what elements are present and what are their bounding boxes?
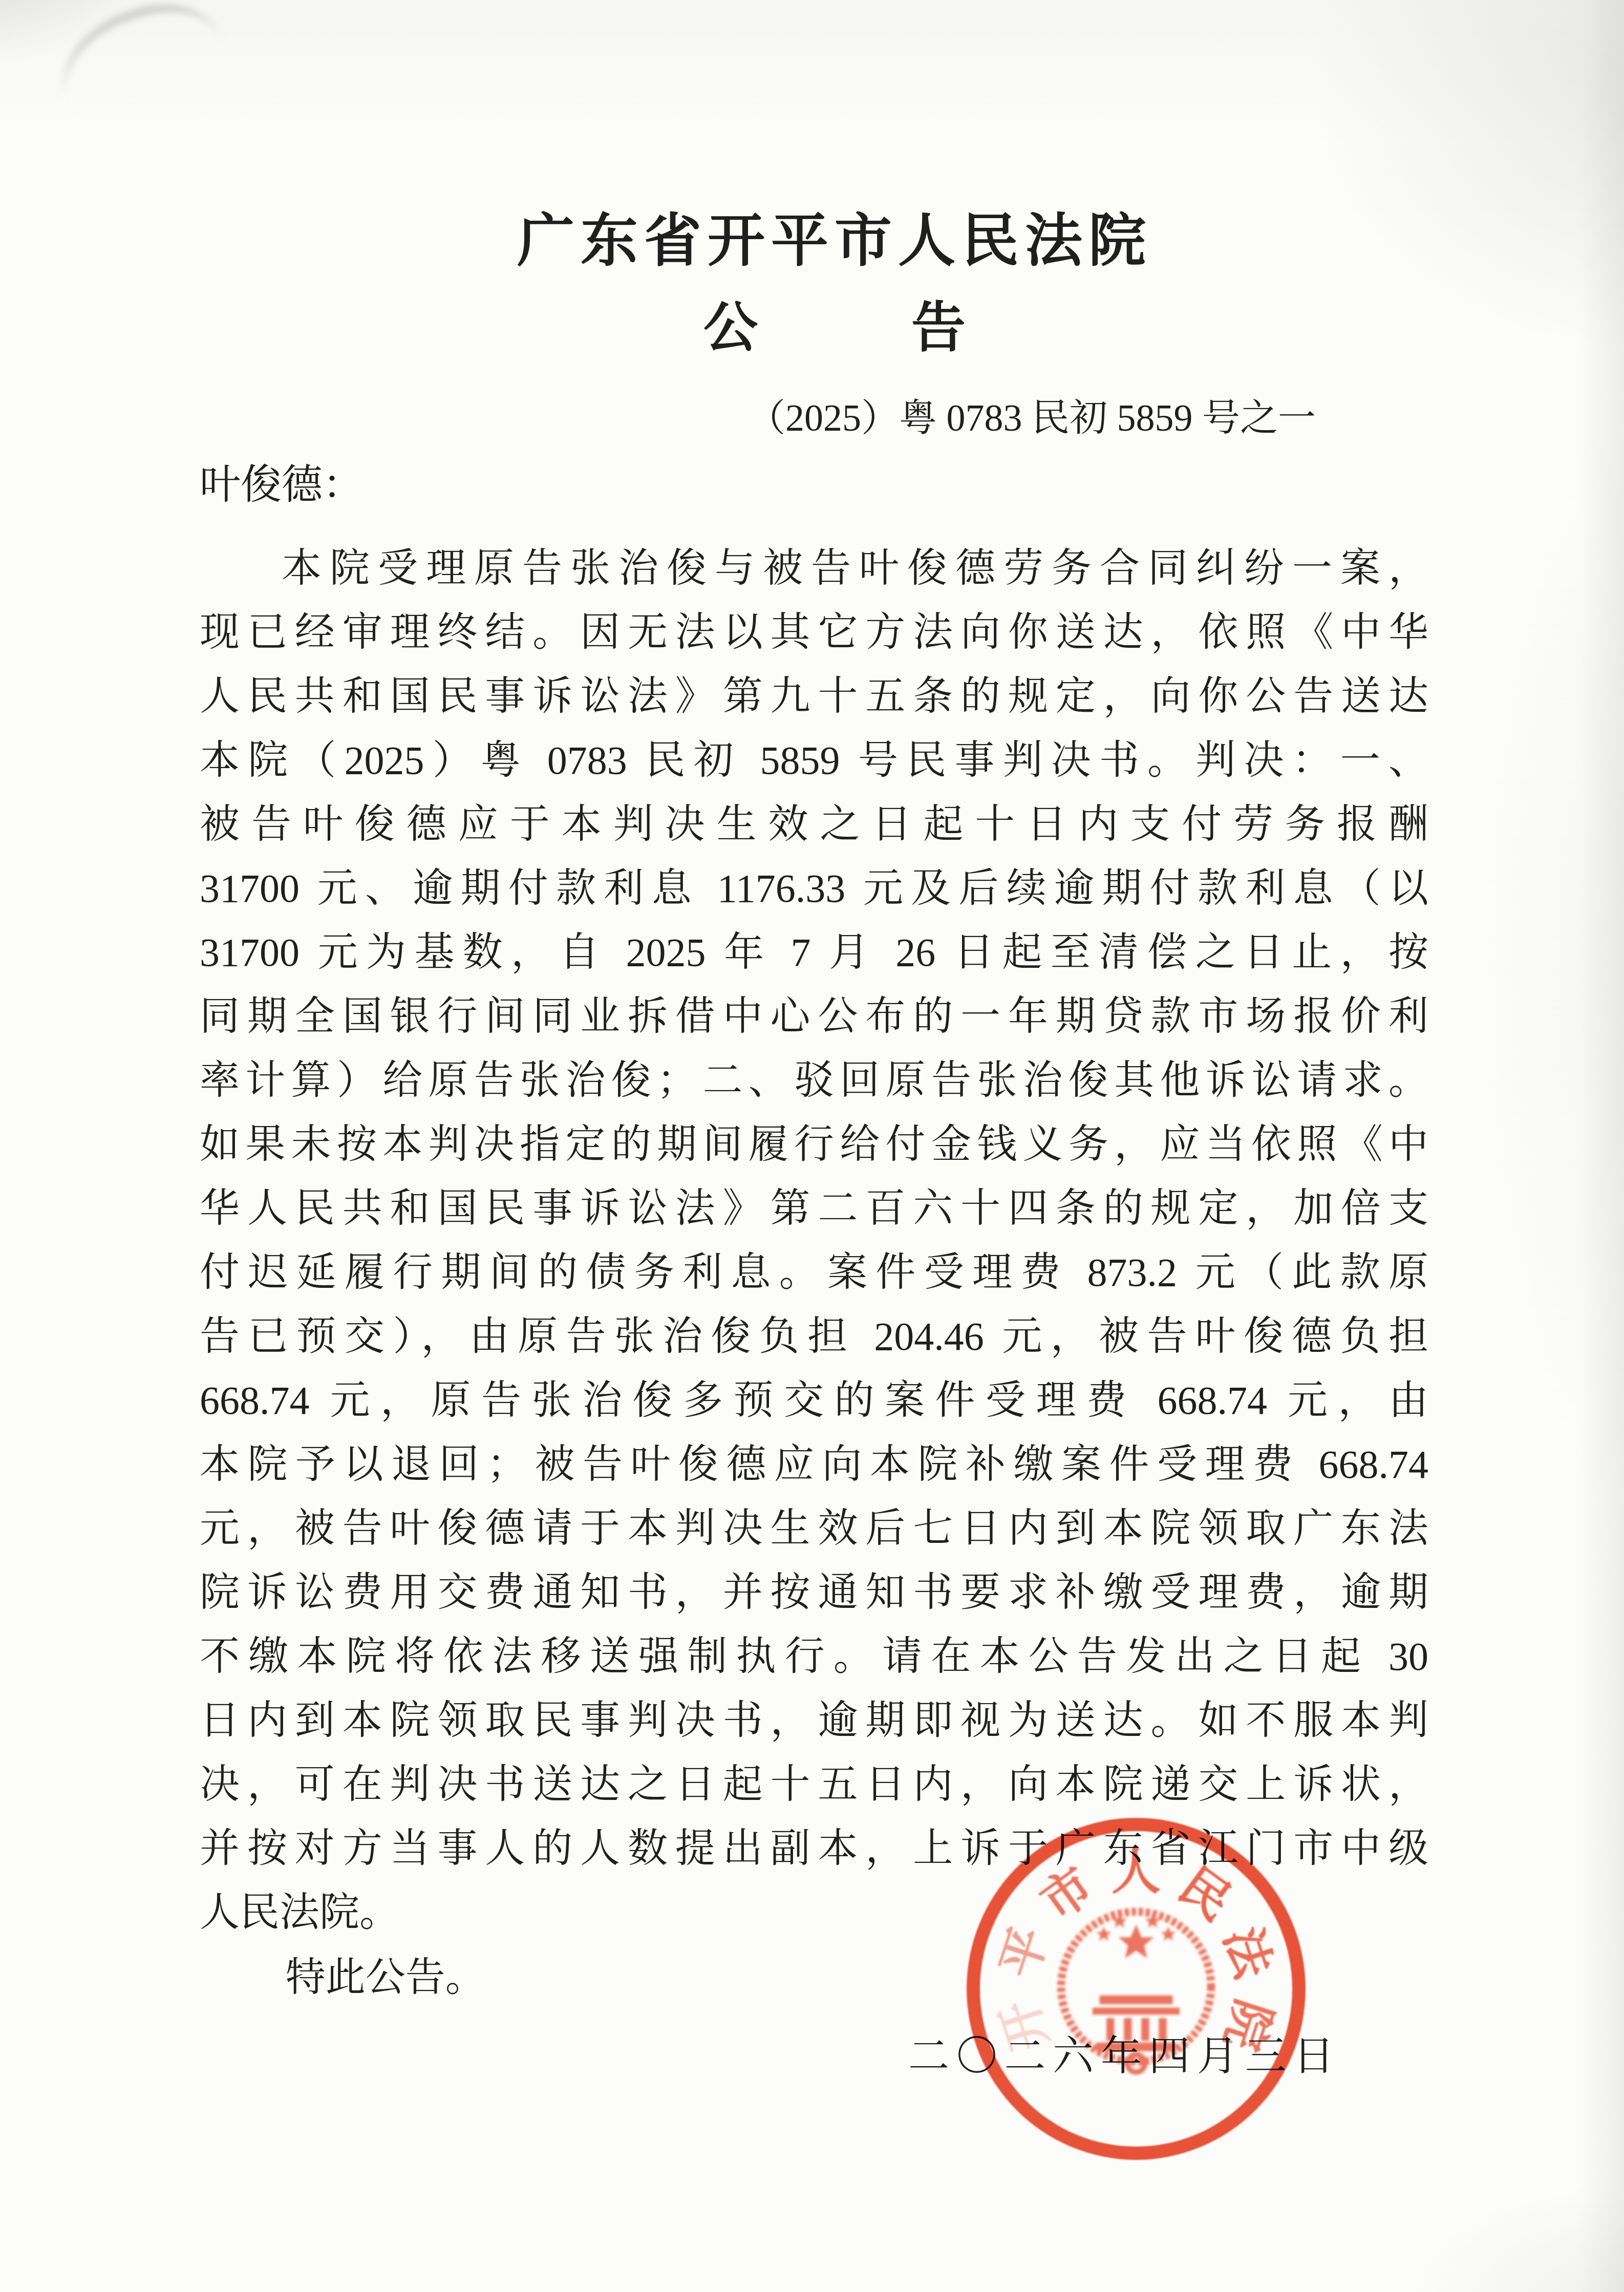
body-line: 率计算）给原告张治俊；二、驳回原告张治俊其他诉讼请求。 bbox=[200, 1048, 1428, 1112]
doc-title-char: 告 bbox=[911, 298, 966, 358]
body-line: 付迟延履行期间的债务利息。案件受理费 873.2 元（此款原 bbox=[200, 1240, 1428, 1304]
body-line: 华人民共和国民事诉讼法》第二百六十四条的规定，加倍支 bbox=[200, 1176, 1428, 1240]
scan-corner-fold-mark bbox=[44, 0, 246, 164]
body-line: 元，被告叶俊德请于本判决生效后七日内到本院领取广东法 bbox=[200, 1496, 1428, 1560]
body-line: 本院（2025）粤 0783 民初 5859 号民事判决书。判决：一、 bbox=[200, 728, 1428, 792]
body-line: 同期全国银行间同业拆借中心公布的一年期贷款市场报价利 bbox=[200, 984, 1428, 1048]
body-line: 告已预交），由原告张治俊负担 204.46 元，被告叶俊德负担 bbox=[200, 1304, 1428, 1368]
announcement-body: 本院受理原告张治俊与被告叶俊德劳务合同纠纷一案， 现已经审理终结。因无法以其它方… bbox=[200, 536, 1428, 1944]
body-line: 31700 元、逾期付款利息 1176.33 元及后续逾期付款利息（以 bbox=[200, 856, 1428, 920]
case-number: （2025）粤 0783 民初 5859 号之一 bbox=[200, 398, 1428, 439]
body-line: 31700 元为基数，自 2025 年 7 月 26 日起至清偿之日止，按 bbox=[200, 920, 1428, 984]
body-line: 人民共和国民事诉讼法》第九十五条的规定，向你公告送达 bbox=[200, 664, 1428, 728]
seal-char: 人 bbox=[1112, 1833, 1161, 1903]
doc-title-char: 公 bbox=[703, 298, 758, 358]
body-line: 被告叶俊德应于本判决生效之日起十日内支付劳务报酬 bbox=[200, 792, 1428, 856]
body-line: 不缴本院将依法移送强制执行。请在本公告发出之日起 30 bbox=[200, 1624, 1428, 1688]
body-line: 现已经审理终结。因无法以其它方法向你送达，依照《中华 bbox=[200, 600, 1428, 664]
body-line: 本院受理原告张治俊与被告叶俊德劳务合同纠纷一案， bbox=[200, 536, 1428, 600]
document-content: 广东省开平市人民法院 公告 （2025）粤 0783 民初 5859 号之一 叶… bbox=[200, 209, 1428, 2081]
recipient-line: 叶俊德： bbox=[200, 462, 1428, 507]
body-line: 日内到本院领取民事判决书，逾期即视为送达。如不服本判 bbox=[200, 1688, 1428, 1752]
court-name-title: 广东省开平市人民法院 bbox=[200, 209, 1428, 275]
scanned-court-announcement-page: 广东省开平市人民法院 公告 （2025）粤 0783 民初 5859 号之一 叶… bbox=[0, 0, 1624, 2292]
body-line: 如果未按本判决指定的期间履行给付金钱义务，应当依照《中 bbox=[200, 1112, 1428, 1176]
body-line: 本院予以退回；被告叶俊德应向本院补缴案件受理费 668.74 bbox=[200, 1432, 1428, 1496]
doc-title: 公告 bbox=[200, 299, 1428, 358]
body-line: 院诉讼费用交费通知书，并按通知书要求补缴受理费，逾期 bbox=[200, 1560, 1428, 1624]
body-line: 668.74 元，原告张治俊多预交的案件受理费 668.74 元，由 bbox=[200, 1368, 1428, 1432]
court-seal: 开 平 市 人 民 法 院 bbox=[967, 1818, 1306, 2160]
body-line: 决，可在判决书送达之日起十五日内，向本院递交上诉状， bbox=[200, 1752, 1428, 1816]
